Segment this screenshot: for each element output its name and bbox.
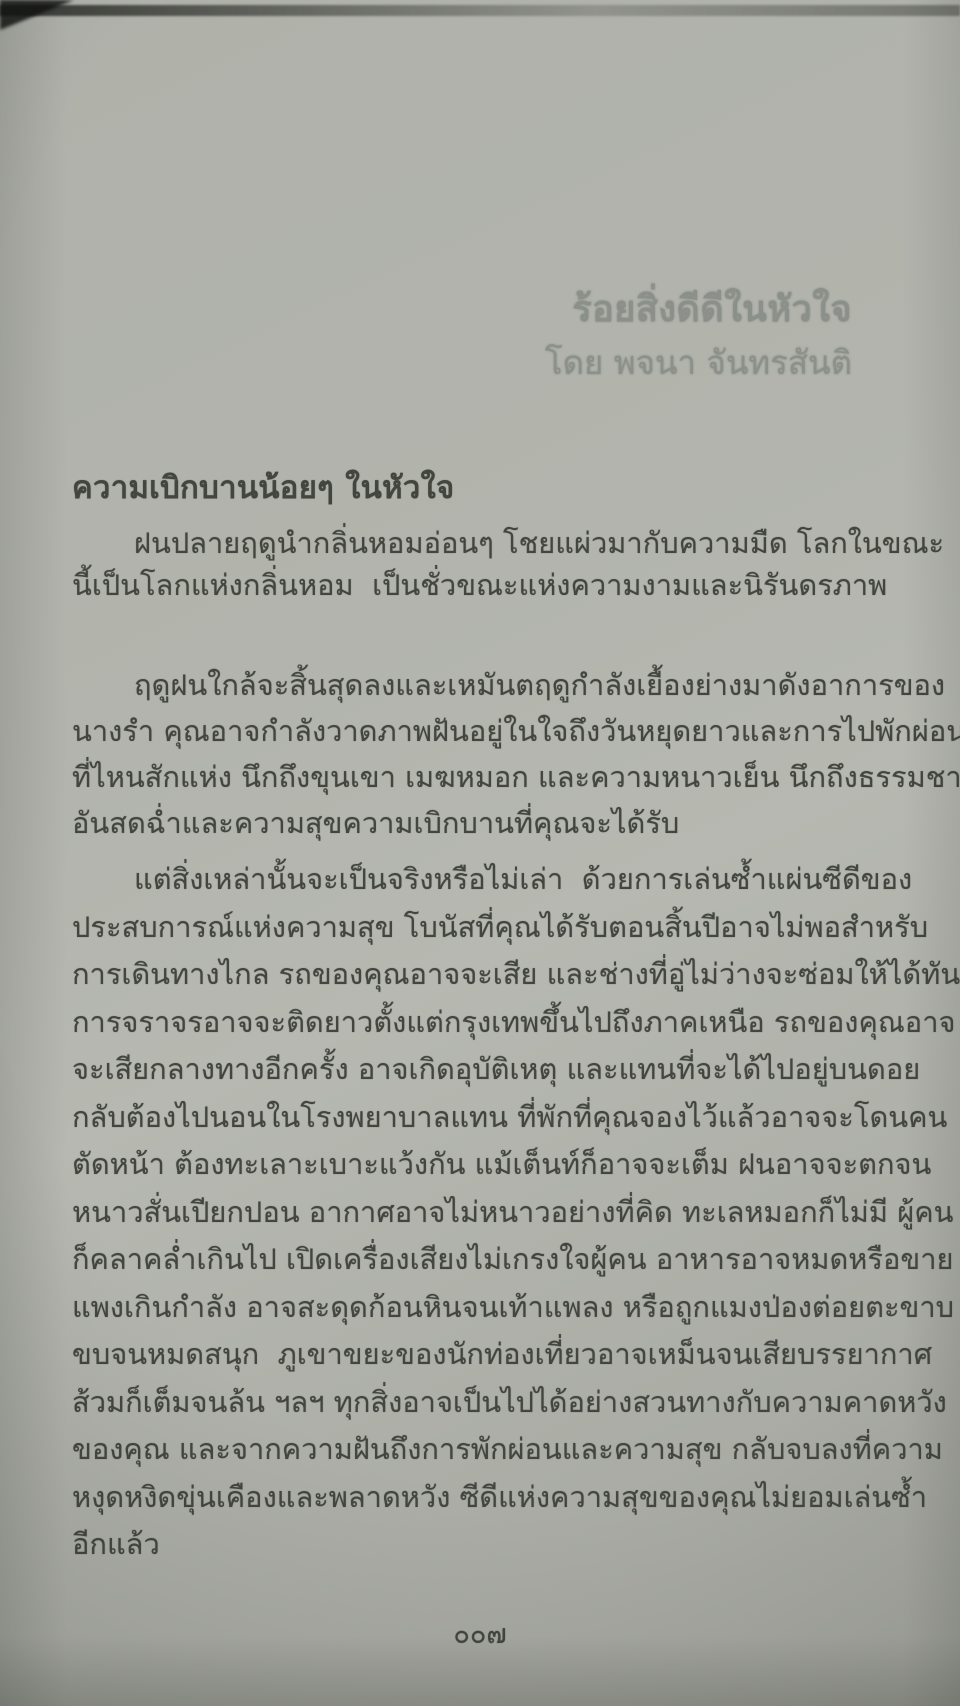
photo-corner-shadow [0, 0, 74, 30]
text-line: แพงเกินกำลัง อาจสะดุดก้อนหินจนเท้าแพลง ห… [72, 1284, 904, 1332]
paragraph-2: ฤดูฝนใกล้จะสิ้นสุดลงและเหมันตฤดูกำลังเยื… [72, 662, 904, 846]
section-heading: ความเบิกบานน้อยๆ ในหัวใจ [72, 462, 455, 512]
book-page-photo: ร้อยสิ่งดีดีในหัวใจ โดย พจนา จันทรสันติ … [0, 0, 960, 1706]
text-line: นี้เป็นโลกแห่งกลิ่นหอม เป็นชั่วขณะแห่งคว… [72, 564, 904, 606]
text-line: ฝนปลายฤดูนำกลิ่นหอมอ่อนๆ โชยแผ่วมากับควา… [72, 522, 904, 564]
text-line: ตัดหน้า ต้องทะเลาะเบาะแว้งกัน แม้เต็นท์ก… [72, 1141, 904, 1189]
text-line: ก็คลาคล่ำเกินไป เปิดเครื่องเสียงไม่เกรงใ… [72, 1236, 904, 1284]
text-line: หงุดหงิดขุ่นเคืองและพลาดหวัง ซีดีแห่งควา… [72, 1474, 904, 1522]
text-line: นางรำ คุณอาจกำลังวาดภาพฝันอยู่ในใจถึงวัน… [72, 708, 904, 754]
photo-top-edge-shadow [0, 5, 960, 16]
chapter-byline: โดย พจนา จันทรสันติ [545, 342, 852, 385]
paragraph-3: แต่สิ่งเหล่านั้นจะเป็นจริงหรือไม่เล่า ด้… [72, 856, 904, 1569]
text-line: การจราจรอาจจะติดยาวตั้งแต่กรุงเทพขึ้นไปถ… [72, 999, 904, 1047]
text-line: หนาวสั่นเปียกปอน อากาศอาจไม่หนาวอย่างที่… [72, 1189, 904, 1237]
text-line: จะเสียกลางทางอีกครั้ง อาจเกิดอุบัติเหตุ … [72, 1046, 904, 1094]
text-line: อีกแล้ว [72, 1521, 904, 1569]
page-number: ๐๐๗ [0, 1612, 960, 1655]
text-line: ฤดูฝนใกล้จะสิ้นสุดลงและเหมันตฤดูกำลังเยื… [72, 662, 904, 708]
text-line: กลับต้องไปนอนในโรงพยาบาลแทน ที่พักที่คุณ… [72, 1094, 904, 1142]
chapter-title: ร้อยสิ่งดีดีในหัวใจ [545, 284, 852, 336]
paragraph-1: ฝนปลายฤดูนำกลิ่นหอมอ่อนๆ โชยแผ่วมากับควา… [72, 522, 904, 606]
text-line: แต่สิ่งเหล่านั้นจะเป็นจริงหรือไม่เล่า ด้… [72, 856, 904, 904]
text-line: ส้วมก็เต็มจนล้น ฯลฯ ทุกสิ่งอาจเป็นไปได้อ… [72, 1379, 904, 1427]
chapter-header: ร้อยสิ่งดีดีในหัวใจ โดย พจนา จันทรสันติ [545, 284, 852, 385]
text-line: ขบจนหมดสนุก ภูเขาขยะของนักท่องเที่ยวอาจเ… [72, 1331, 904, 1379]
text-line: ที่ไหนสักแห่ง นึกถึงขุนเขา เมฆหมอก และคว… [72, 754, 904, 800]
text-line: ประสบการณ์แห่งความสุข โบนัสที่คุณได้รับต… [72, 904, 904, 952]
text-line: การเดินทางไกล รถของคุณอาจจะเสีย และช่างท… [72, 951, 904, 999]
text-line: อันสดฉ่ำและความสุขความเบิกบานที่คุณจะได้… [72, 800, 904, 846]
text-line: ของคุณ และจากความฝันถึงการพักผ่อนและความ… [72, 1426, 904, 1474]
